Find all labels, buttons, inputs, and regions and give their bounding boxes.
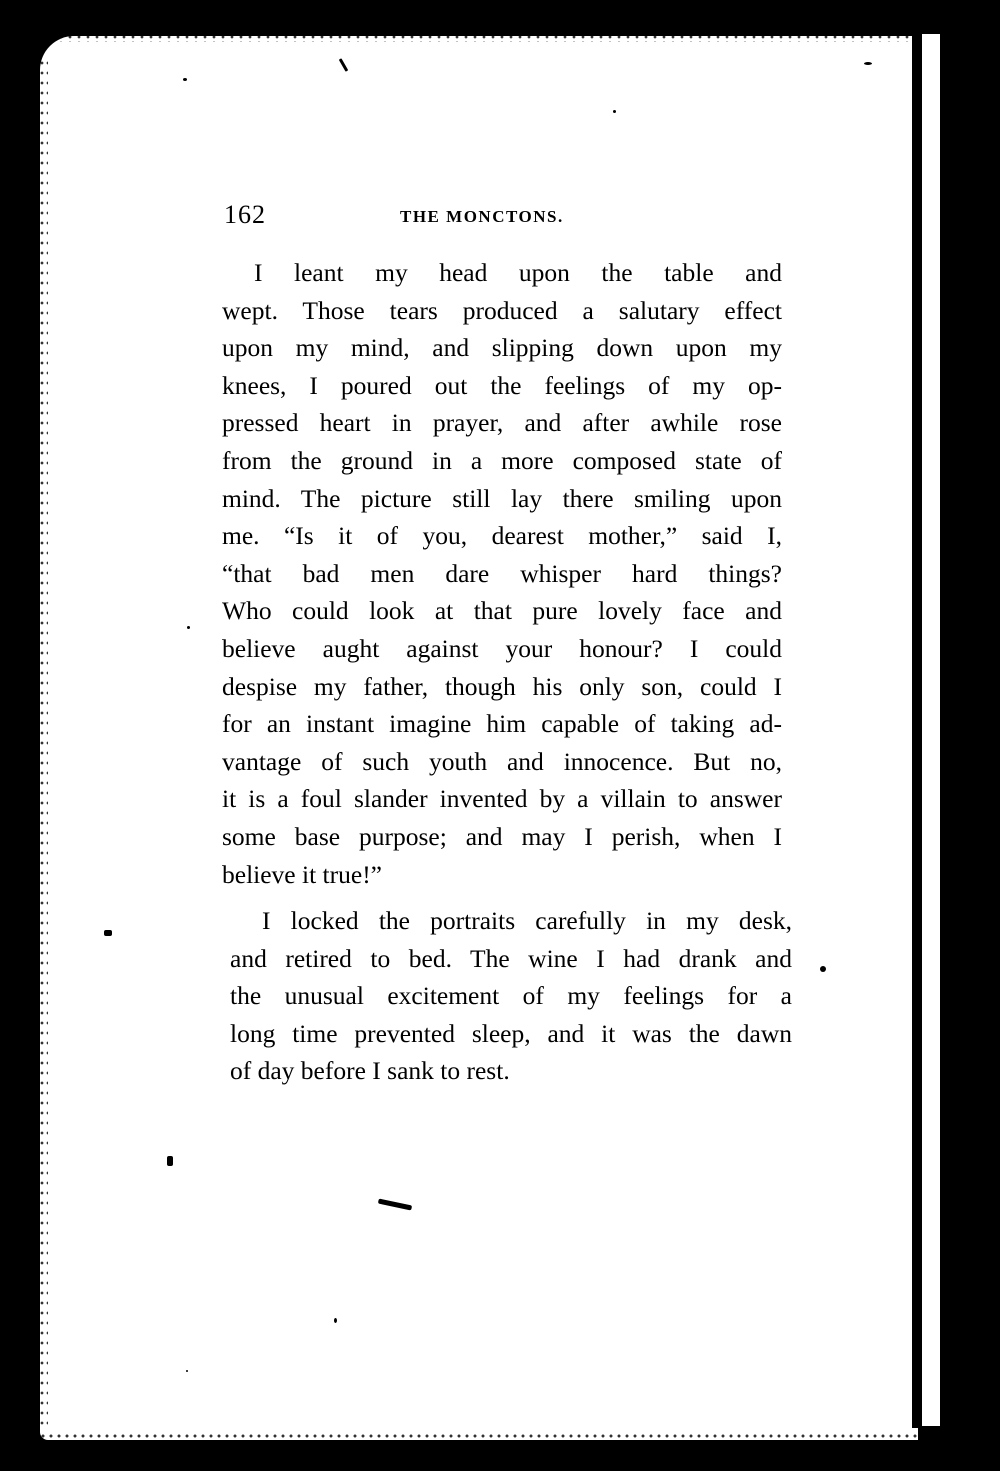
text-line: believe aught against your honour? I cou… <box>222 630 782 668</box>
text-line: me. “Is it of you, dearest mother,” said… <box>222 517 782 555</box>
scan-speck <box>820 966 826 972</box>
text-line: upon my mind, and slipping down upon my <box>222 329 782 367</box>
text-line: believe it true!” <box>222 856 782 894</box>
page-number: 162 <box>224 200 266 230</box>
text-line: some base purpose; and may I perish, whe… <box>222 818 782 856</box>
scan-edge-top <box>40 34 918 42</box>
scan-speck <box>334 1318 337 1323</box>
text-line: wept. Those tears produced a salutary ef… <box>222 292 782 330</box>
text-line: knees, I poured out the feelings of my o… <box>222 367 782 405</box>
paragraph-1: I leant my head upon the table and wept.… <box>222 254 782 893</box>
running-head: 162 THE MONCTONS. <box>224 200 784 232</box>
text-line: Who could look at that pure lovely face … <box>222 592 782 630</box>
scan-edge-bottom <box>40 1432 960 1440</box>
text-line: pressed heart in prayer, and after awhil… <box>222 404 782 442</box>
scan-speck <box>167 1156 173 1166</box>
running-title: THE MONCTONS. <box>400 207 564 227</box>
text-line: mind. The picture still lay there smilin… <box>222 480 782 518</box>
text-line: from the ground in a more composed state… <box>222 442 782 480</box>
text-line: “that bad men dare whisper hard things? <box>222 555 782 593</box>
scan-speck <box>186 1370 188 1372</box>
scan-speck <box>187 626 190 629</box>
text-line: of day before I sank to rest. <box>230 1052 792 1090</box>
text-line: the unusual excitement of my feelings fo… <box>230 977 792 1015</box>
text-line: and retired to bed. The wine I had drank… <box>230 940 792 978</box>
text-line: vantage of such youth and innocence. But… <box>222 743 782 781</box>
scan-speck <box>613 110 616 113</box>
scan-speck <box>864 62 872 65</box>
text-line: I locked the portraits carefully in my d… <box>230 902 792 940</box>
scan-border-right <box>940 0 1000 1471</box>
page-gutter-divider <box>912 36 922 1428</box>
text-line: I leant my head upon the table and <box>222 254 782 292</box>
body-text: I leant my head upon the table and wept.… <box>222 254 782 893</box>
text-line: for an instant imagine him capable of ta… <box>222 705 782 743</box>
text-line: it is a foul slander invented by a villa… <box>222 780 782 818</box>
text-line: long time prevented sleep, and it was th… <box>230 1015 792 1053</box>
paragraph-2: I locked the portraits carefully in my d… <box>230 902 792 1090</box>
scan-speck <box>104 930 112 936</box>
adjacent-page-strip <box>922 34 940 1426</box>
scan-speck <box>183 78 187 81</box>
scan-edge-left <box>40 60 48 1430</box>
text-line: despise my father, though his only son, … <box>222 668 782 706</box>
